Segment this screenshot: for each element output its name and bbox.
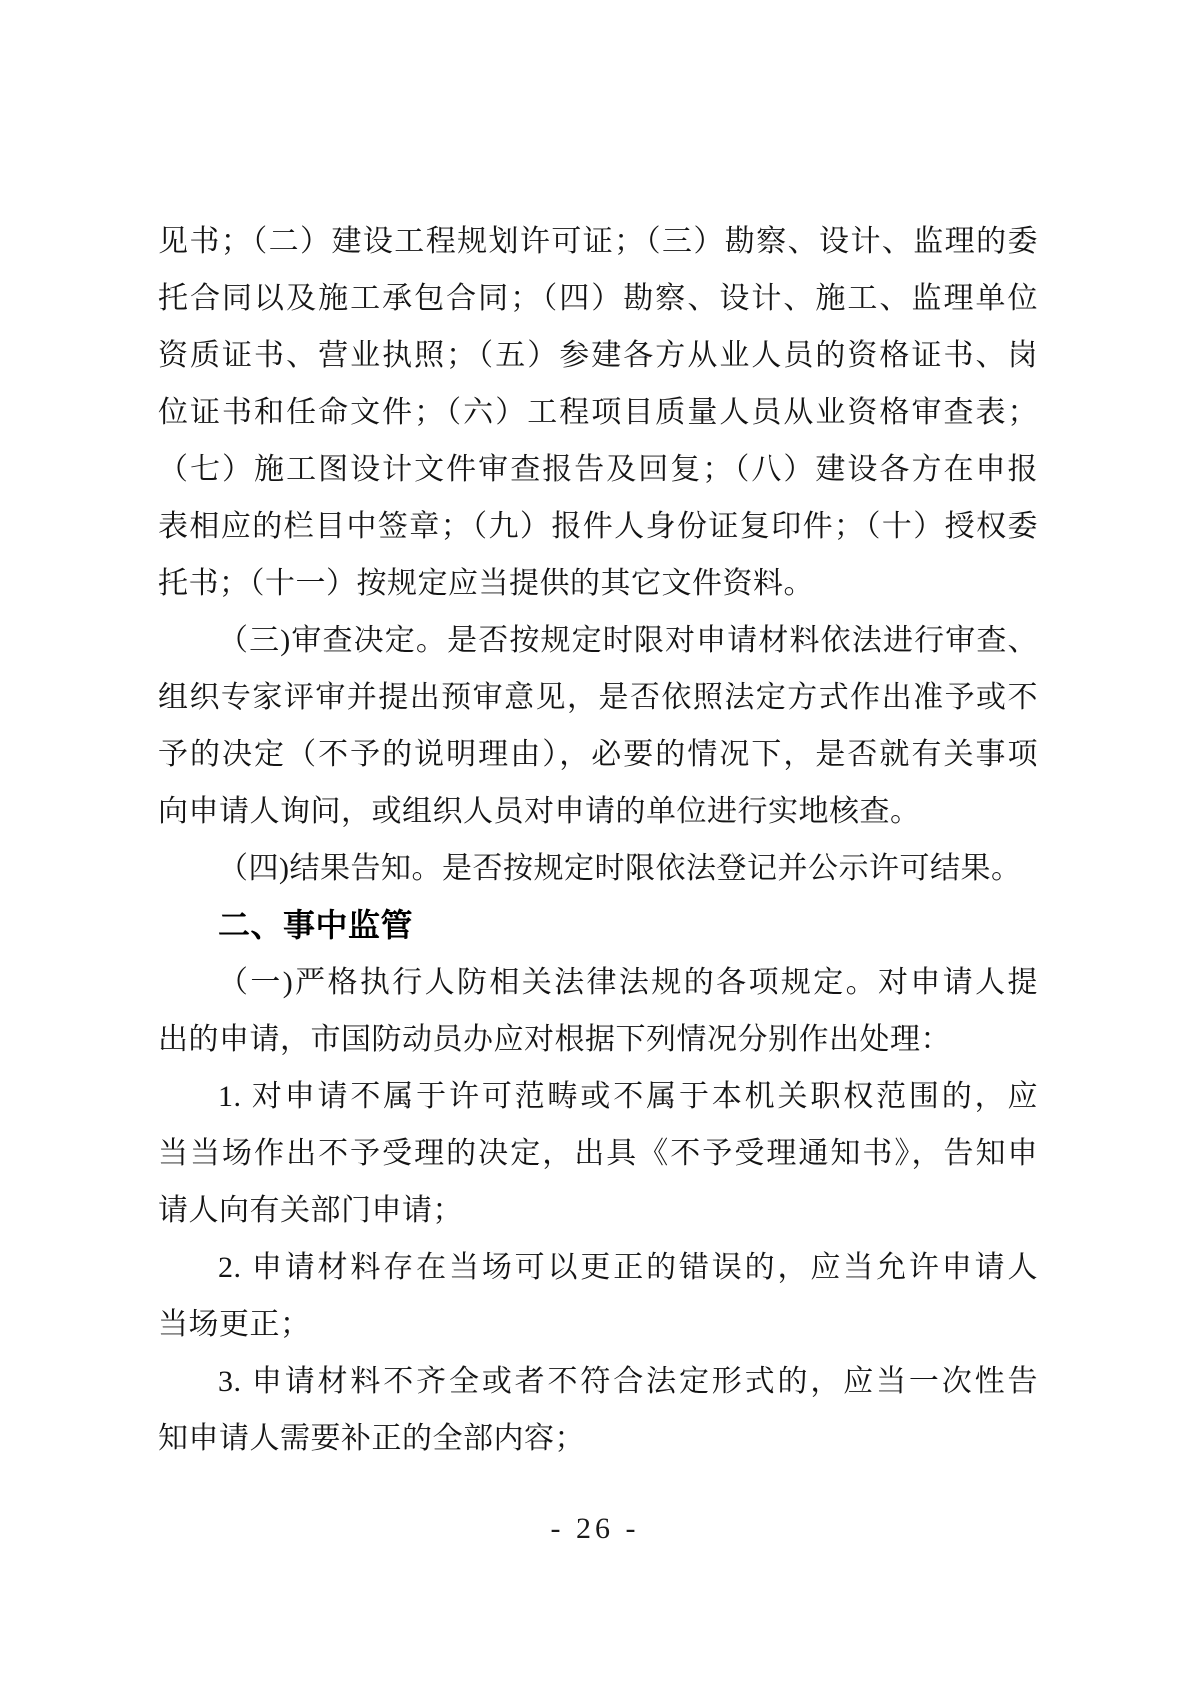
page-footer: - 26 - (0, 1512, 1190, 1546)
text-line: 组织专家评审并提出预审意见，是否依照法定方式作出准予或不 (158, 669, 1038, 726)
text-line: （一)严格执行人防相关法律法规的各项规定。对申请人提 (158, 954, 1038, 1011)
text-line: 1. 对申请不属于许可范畴或不属于本机关职权范围的，应 (158, 1068, 1038, 1125)
text-line: 见书；（二）建设工程规划许可证；（三）勘察、设计、监理的委 (158, 213, 1038, 270)
text-line: 知申请人需要补正的全部内容； (158, 1410, 1038, 1467)
text-line: （三)审查决定。是否按规定时限对申请材料依法进行审查、 (158, 612, 1038, 669)
section-heading: 二、事中监管 (158, 897, 1038, 954)
text-line: 请人向有关部门申请； (158, 1182, 1038, 1239)
text-line: （七）施工图设计文件审查报告及回复；（八）建设各方在申报 (158, 441, 1038, 498)
text-line: 托合同以及施工承包合同；（四）勘察、设计、施工、监理单位 (158, 270, 1038, 327)
text-line: 3. 申请材料不齐全或者不符合法定形式的，应当一次性告 (158, 1353, 1038, 1410)
text-line: 表相应的栏目中签章；（九）报件人身份证复印件；（十）授权委 (158, 498, 1038, 555)
text-line: 向申请人询问，或组织人员对申请的单位进行实地核查。 (158, 783, 1038, 840)
text-line: 位证书和任命文件；（六）工程项目质量人员从业资格审查表； (158, 384, 1038, 441)
text-line: （四)结果告知。是否按规定时限依法登记并公示许可结果。 (158, 840, 1038, 897)
text-line: 2. 申请材料存在当场可以更正的错误的，应当允许申请人 (158, 1239, 1038, 1296)
text-line: 资质证书、营业执照；（五）参建各方从业人员的资格证书、岗 (158, 327, 1038, 384)
text-line: 托书；（十一）按规定应当提供的其它文件资料。 (158, 555, 1038, 612)
text-line: 当当场作出不予受理的决定，出具《不予受理通知书》，告知申 (158, 1125, 1038, 1182)
document-body: 见书；（二）建设工程规划许可证；（三）勘察、设计、监理的委 托合同以及施工承包合… (158, 213, 1038, 1467)
text-line: 当场更正； (158, 1296, 1038, 1353)
text-line: 予的决定（不予的说明理由），必要的情况下，是否就有关事项 (158, 726, 1038, 783)
document-page: 见书；（二）建设工程规划许可证；（三）勘察、设计、监理的委 托合同以及施工承包合… (0, 0, 1190, 1683)
text-line: 出的申请，市国防动员办应对根据下列情况分别作出处理： (158, 1011, 1038, 1068)
page-number: - 26 - (551, 1512, 640, 1545)
